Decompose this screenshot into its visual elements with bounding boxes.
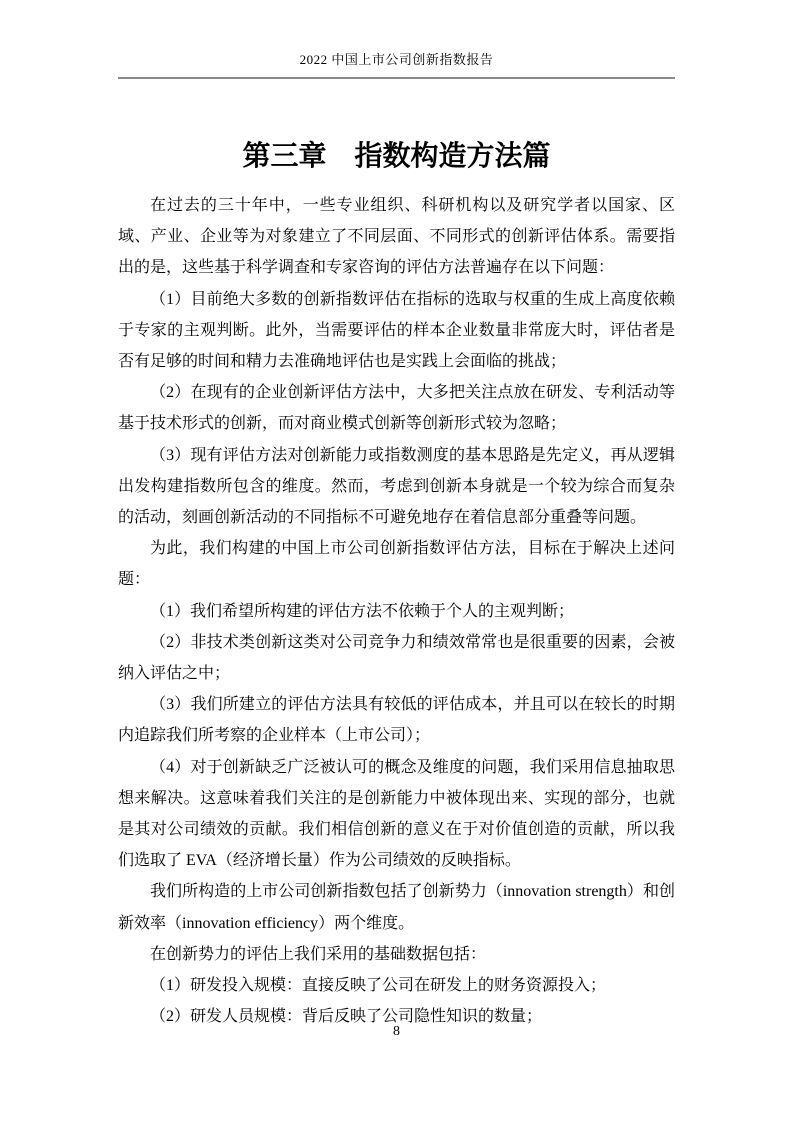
body-paragraph: （2）非技术类创新这类对公司竞争力和绩效常常也是很重要的因素，会被纳入评估之中； — [118, 627, 675, 689]
document-page: 2022 中国上市公司创新指数报告 第三章 指数构造方法篇 在过去的三十年中，一… — [0, 0, 793, 1122]
body-paragraph: （3）现有评估方法对创新能力或指数测度的基本思路是先定义，再从逻辑出发构建指数所… — [118, 440, 675, 534]
body-paragraph: 在过去的三十年中，一些专业组织、科研机构以及研究学者以国家、区域、产业、企业等为… — [118, 190, 675, 284]
running-header: 2022 中国上市公司创新指数报告 — [118, 49, 675, 79]
body-paragraph: （1）目前绝大多数的创新指数评估在指标的选取与权重的生成上高度依赖于专家的主观判… — [118, 284, 675, 378]
body-paragraph: 我们所构造的上市公司创新指数包括了创新势力（innovation strengt… — [118, 876, 675, 938]
body-paragraph: （2）在现有的企业创新评估方法中，大多把关注点放在研发、专利活动等基于技术形式的… — [118, 377, 675, 439]
body-paragraph: （1）研发投入规模：直接反映了公司在研发上的财务资源投入； — [118, 970, 675, 1001]
body-paragraph: （3）我们所建立的评估方法具有较低的评估成本，并且可以在较长的时期内追踪我们所考… — [118, 689, 675, 751]
page-number: 8 — [0, 1022, 793, 1042]
body-paragraph: （1）我们希望所构建的评估方法不依赖于个人的主观判断； — [118, 596, 675, 627]
body-paragraph: 为此，我们构建的中国上市公司创新指数评估方法，目标在于解决上述问题： — [118, 533, 675, 595]
chapter-title: 第三章 指数构造方法篇 — [0, 137, 793, 177]
body-paragraph: 在创新势力的评估上我们采用的基础数据包括： — [118, 939, 675, 970]
body-text: 在过去的三十年中，一些专业组织、科研机构以及研究学者以国家、区域、产业、企业等为… — [118, 190, 675, 1032]
body-paragraph: （4）对于创新缺乏广泛被认可的概念及维度的问题，我们采用信息抽取思想来解决。这意… — [118, 752, 675, 877]
